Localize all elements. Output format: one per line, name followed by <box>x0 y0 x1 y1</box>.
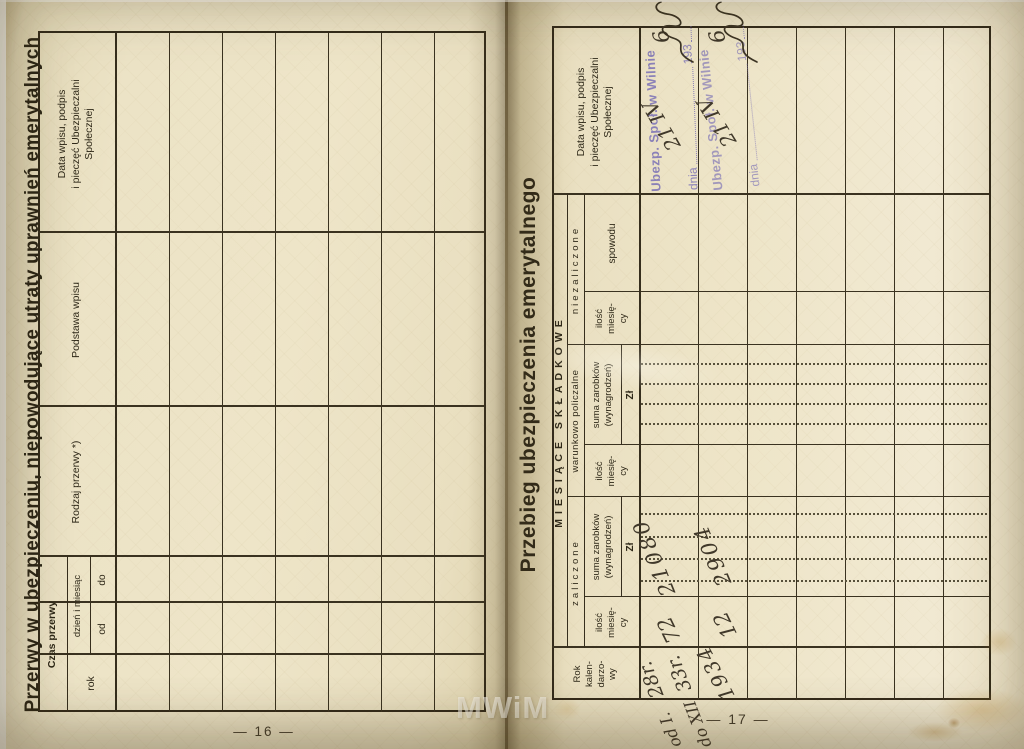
digit-guide-dotted <box>641 403 987 405</box>
signature-flourish-row2 <box>695 0 763 65</box>
group-header-zaliczone: zaliczone <box>568 497 584 648</box>
grid-line-h <box>169 33 170 712</box>
scan-watermark: MWiM <box>456 690 549 726</box>
scanner-edge-left <box>0 0 6 749</box>
page-number-16: — 16 — <box>224 724 304 739</box>
grid-line-h <box>434 33 435 712</box>
col-header-ilosc-miesiecy-zaliczone: ilość miesię- cy <box>585 597 639 648</box>
page-title: Przebieg ubezpieczenia emerytalnego <box>517 0 541 749</box>
col-header-data-wpisu: Data wpisu, podpis i pieczęć Ubezpieczal… <box>38 35 115 233</box>
grid-line-v <box>585 444 989 445</box>
col-header-od: od <box>90 603 115 655</box>
grid-line-h <box>381 33 382 712</box>
col-header-do: do <box>90 557 115 603</box>
col-header-suma-zarobkow-zaliczone: suma zarobków (wynagrodzeń) <box>585 497 621 597</box>
booklet-scan: { "left_page": { "title": "Przerwy w ube… <box>0 0 1024 749</box>
col-header-data-wpisu: Data wpisu, podpis i pieczęć Ubezpieczal… <box>552 29 639 195</box>
page-number-17: — 17 — <box>700 711 776 727</box>
paper-stain <box>981 628 1017 656</box>
signature-flourish-row1 <box>637 0 699 65</box>
grid-line-h <box>275 33 276 712</box>
grid-line-v <box>585 291 989 292</box>
digit-guide-dotted <box>641 513 987 515</box>
page-16-rotated-content: Przerwy w ubezpieczeniu, niepowodujące u… <box>0 0 505 749</box>
grid-line-v <box>585 596 989 597</box>
col-header-rok-kalendarzowy: Rok kalen- darzo- wy <box>552 648 639 700</box>
paper-stain <box>553 698 581 720</box>
digit-guide-dotted <box>641 423 987 425</box>
col-header-ilosc-miesiecy-warunkowo: ilość miesię- cy <box>585 445 639 497</box>
scanner-edge-top <box>0 0 1024 2</box>
grid-line-h <box>222 33 223 712</box>
page-16: Przerwy w ubezpieczeniu, niepowodujące u… <box>0 0 505 749</box>
digit-guide-dotted <box>641 580 987 582</box>
group-header-miesiace-skladkowe: MIESIĄCE SKŁADKOWE <box>552 195 567 648</box>
header-separator <box>115 33 117 712</box>
page-17: Przebieg ubezpieczenia emerytalnego <box>505 0 1024 749</box>
stamp-dnia-label: dnia <box>686 167 701 190</box>
col-header-rodzaj-przerwy: Rodzaj przerwy *) <box>38 407 115 557</box>
col-header-spowodu: spowodu <box>585 195 639 292</box>
handwritten-period-from-prefix: od I. <box>655 710 686 749</box>
group-header-niezaliczone: niezaliczone <box>568 195 584 345</box>
col-header-podstawa-wpisu: Podstawa wpisu <box>38 233 115 407</box>
grid-line-h <box>328 33 329 712</box>
col-header-rok: rok <box>68 655 115 712</box>
col-header-czas-przerwy: Czas przerwy <box>40 557 66 712</box>
page-17-rotated-content: Przebieg ubezpieczenia emerytalnego <box>505 0 1024 749</box>
stamp-dnia-label: dnia <box>746 163 762 187</box>
digit-guide-dotted <box>641 558 987 560</box>
paper-stain <box>948 718 960 728</box>
col-header-dzien-i-miesiac: dzień i miesiąc <box>68 557 89 655</box>
